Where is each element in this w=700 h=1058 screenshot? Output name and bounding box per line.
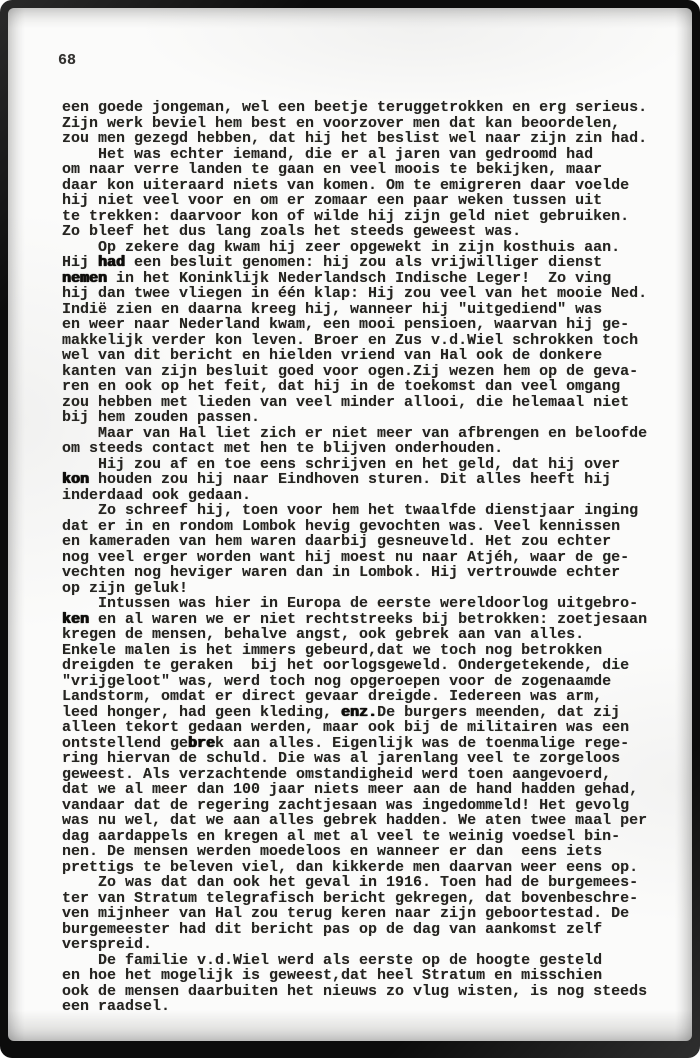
typewritten-line: en weer naar Nederland kwam, een mooi pe…	[62, 317, 662, 333]
typewritten-line: om steeds contact met hen te blijven ond…	[62, 441, 662, 457]
typewritten-line: ook de mensen daarbuiten het nieuws zo v…	[62, 984, 662, 1000]
typewritten-line: leed honger, had geen kleding, enz.De bu…	[62, 705, 662, 721]
typewritten-line: hij dan twee vliegen in één klap: Hij zo…	[62, 286, 662, 302]
typewritten-line: Maar van Hal liet zich er niet meer van …	[62, 426, 662, 442]
typewritten-line: makkelijk verder kon leven. Broer en Zus…	[62, 333, 662, 349]
typewritten-line: Hij had een besluit genomen: hij zou als…	[62, 255, 662, 271]
typewritten-line: zou hebben met lieden van veel minder al…	[62, 395, 662, 411]
typewritten-line: dag aardappels en kregen al met al veel …	[62, 829, 662, 845]
typewritten-line: inderdaad ook gedaan.	[62, 488, 662, 504]
typewritten-line: alleen tekort gedaan werden, maar ook bi…	[62, 720, 662, 736]
typewritten-line: wel van dit bericht en hielden vriend va…	[62, 348, 662, 364]
typewritten-line: Intussen was hier in Europa de eerste we…	[62, 596, 662, 612]
typewritten-line: verspreid.	[62, 937, 662, 953]
typewritten-line: geweest. Als verzachtende omstandigheid …	[62, 767, 662, 783]
typewritten-line: vechten nog heviger waren dan in Lombok.…	[62, 565, 662, 581]
typewritten-line: Indië zien en daarna kreeg hij, wanneer …	[62, 302, 662, 318]
typewritten-line: Enkele malen is het immers gebeurd,dat w…	[62, 643, 662, 659]
typewritten-line: Zijn werk beviel hem best en voorzover m…	[62, 116, 662, 132]
typewritten-line: ren en ook op het feit, dat hij in de to…	[62, 379, 662, 395]
typewritten-line: Landstorm, omdat er direct gevaar dreigd…	[62, 689, 662, 705]
typewritten-line: een goede jongeman, wel een beetje terug…	[62, 100, 662, 116]
typewritten-line: Zo was dat dan ook het geval in 1916. To…	[62, 875, 662, 891]
typewritten-line: De familie v.d.Wiel werd als eerste op d…	[62, 953, 662, 969]
typewritten-line: zou men gezegd hebben, dat hij het besli…	[62, 131, 662, 147]
typewritten-line: ontstellend gebrek aan alles. Eigenlijk …	[62, 736, 662, 752]
typewritten-line: ken en al waren we er niet rechtstreeks …	[62, 612, 662, 628]
typewritten-line: Het was echter iemand, die er al jaren v…	[62, 147, 662, 163]
typewritten-line: ring hiervan de schuld. Die was al jaren…	[62, 751, 662, 767]
typewritten-line: bij hem zouden passen.	[62, 410, 662, 426]
typewritten-line: was nu wel, dat we aan alles gebrek hadd…	[62, 813, 662, 829]
typewritten-line: Hij zou af en toe eens schrijven en het …	[62, 457, 662, 473]
typewritten-line: kregen de mensen, behalve angst, ook geb…	[62, 627, 662, 643]
typewritten-line: ter van Stratum telegrafisch bericht gek…	[62, 891, 662, 907]
typewritten-line: kon houden zou hij naar Eindhoven sturen…	[62, 472, 662, 488]
typewritten-body-text: een goede jongeman, wel een beetje terug…	[62, 100, 662, 1015]
typewritten-line: op zijn geluk!	[62, 581, 662, 597]
typewritten-line: dat we al meer dan 100 jaar niets meer a…	[62, 782, 662, 798]
typewritten-line: daar kon uiteraard niets van komen. Om t…	[62, 178, 662, 194]
typewritten-line: Zo schreef hij, toen voor hem het twaalf…	[62, 503, 662, 519]
typewritten-line: te trekken: daarvoor kon of wilde hij zi…	[62, 209, 662, 225]
typewritten-line: dat er in en rondom Lombok hevig gevocht…	[62, 519, 662, 535]
typewritten-line: nog veel erger worden want hij moest nu …	[62, 550, 662, 566]
typewritten-line: vandaar dat de regering zachtjesaan was …	[62, 798, 662, 814]
typewritten-line: "vrijgeloot" was, werd toch nog opgeroep…	[62, 674, 662, 690]
typewritten-line: en kameraden van hem waren daarbij gesne…	[62, 534, 662, 550]
scan-border-frame: 68 een goede jongeman, wel een beetje te…	[0, 0, 700, 1058]
document-page: 68 een goede jongeman, wel een beetje te…	[8, 8, 692, 1041]
typewritten-line: kanten van zijn besluit goed voor ogen.Z…	[62, 364, 662, 380]
typewritten-line: en hoe het mogelijk is geweest,dat heel …	[62, 968, 662, 984]
typewritten-line: nen. De mensen werden moedeloos en wanne…	[62, 844, 662, 860]
typewritten-line: om naar verre landen te gaan en veel moo…	[62, 162, 662, 178]
typewritten-line: ven mijnheer van Hal zou terug keren naa…	[62, 906, 662, 922]
typewritten-line: nemen in het Koninklijk Nederlandsch Ind…	[62, 271, 662, 287]
typewritten-line: dreigden te geraken bij het oorlogsgewel…	[62, 658, 662, 674]
typewritten-line: burgemeester had dit bericht pas op de d…	[62, 922, 662, 938]
typewritten-line: hij niet veel voor en om er zomaar een p…	[62, 193, 662, 209]
typewritten-line: een raadsel.	[62, 999, 662, 1015]
page-number: 68	[58, 52, 76, 69]
typewritten-line: Op zekere dag kwam hij zeer opgewekt in …	[62, 240, 662, 256]
typewritten-line: Zo bleef het dus lang zoals het steeds g…	[62, 224, 662, 240]
typewritten-line: prettigs te beleven viel, dan kikkerde m…	[62, 860, 662, 876]
